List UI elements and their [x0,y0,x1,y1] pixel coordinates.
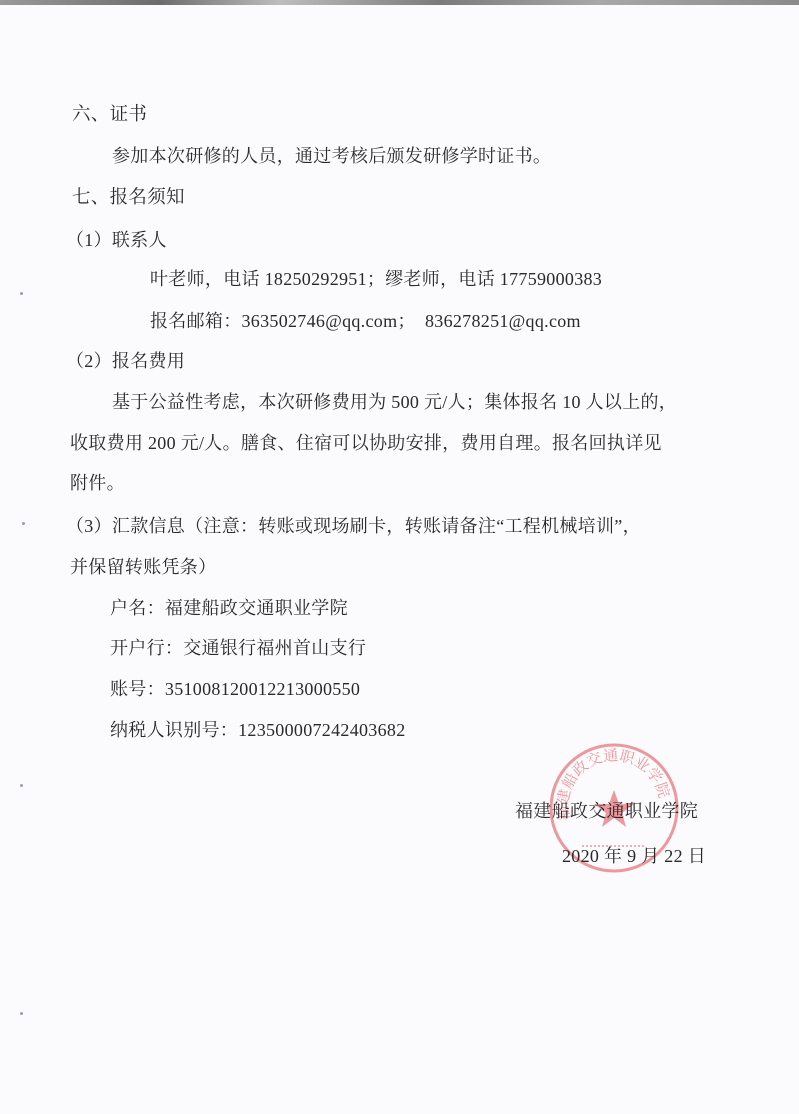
section-six-heading: 六、证书 [72,104,147,126]
fee-label: （2）报名费用 [66,350,185,372]
scan-speck [20,784,23,787]
contact-label: （1）联系人 [66,229,167,251]
section-seven-heading: 七、报名须知 [72,187,185,209]
section-six-body: 参加本次研修的人员，通过考核后颁发研修学时证书。 [112,145,551,167]
fee-line-1: 基于公益性考虑，本次研修费用为 500 元/人；集体报名 10 人以上的， [112,391,677,413]
account-number: 账号：351008120012213000550 [110,678,360,700]
scan-speck [20,292,23,295]
bank-name: 开户行：交通银行福州首山支行 [110,637,366,659]
account-name: 户名：福建船政交通职业学院 [110,597,348,619]
fee-line-3: 附件。 [70,472,125,494]
scan-speck [20,1012,23,1015]
tax-id: 纳税人识别号：123500007242403682 [110,719,406,741]
scan-edge [0,0,799,5]
contact-phones: 叶老师，电话 18250292951；缪老师，电话 17759000383 [150,268,602,290]
scan-speck [22,522,25,525]
fee-line-2: 收取费用 200 元/人。膳食、住宿可以协助安排，费用自理。报名回执详见 [70,432,662,454]
signature-org: 福建船政交通职业学院 [515,800,698,822]
remittance-label-1: （3）汇款信息（注意：转账或现场刷卡，转账请备注“工程机械培训”， [66,515,641,537]
remittance-label-2: 并保留转账凭条） [70,556,216,578]
signature-date: 2020 年 9 月 22 日 [562,845,706,867]
contact-emails: 报名邮箱：363502746@qq.com； 836278251@qq.com [150,310,581,332]
